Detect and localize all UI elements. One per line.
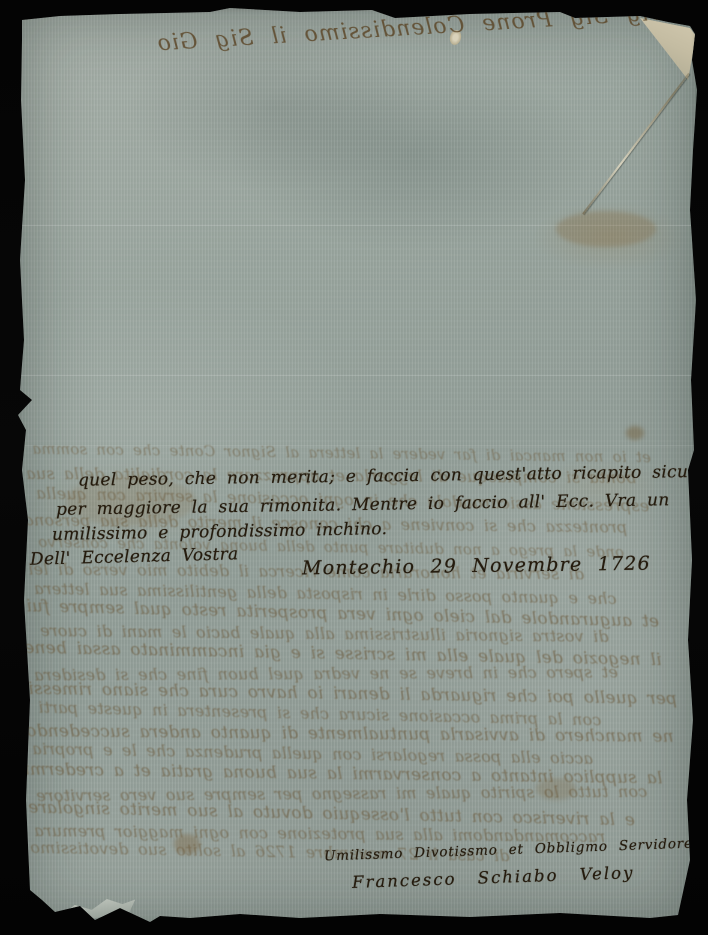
bleedthrough-line: il negozio del quale ella mi scrisse si … xyxy=(24,638,662,670)
crease-scratch-line xyxy=(582,73,690,215)
bleedthrough-line: la supplico intanto a conservarmi la sua… xyxy=(24,760,663,789)
bleedthrough-line: di vostra signoria illustrissima alla qu… xyxy=(40,621,609,646)
bleedthrough-line: di servirla et honorarla come ricerca il… xyxy=(28,560,584,584)
letter-body-line: umilissimo e profondissimo inchino. xyxy=(52,519,388,545)
stain xyxy=(174,834,200,854)
chain-line xyxy=(16,375,698,376)
bleedthrough-line: che e quanto posso dirle in risposta del… xyxy=(34,579,617,608)
bleedthrough-line: et augurandole dal cielo ogni vera prosp… xyxy=(26,596,659,631)
letter-signature: Francesco Schiabo Veloy xyxy=(352,863,635,892)
chain-line xyxy=(16,445,698,446)
bleedthrough-line: di casa li 27 novembre 1726 al solito su… xyxy=(30,838,510,865)
bleedthrough-line: per quello poi che riguarda li denari io… xyxy=(28,679,677,709)
stain xyxy=(626,426,644,440)
letter-valediction: Dell' Eccelenza Vostra xyxy=(30,544,239,569)
bleedthrough-line: prontezza che si conviene a chi conosce … xyxy=(24,510,627,536)
letter-body-line: per maggiore la sua rimonita. Mentre io … xyxy=(56,490,670,520)
manuscript-scan-background: Eminentissimo Sig Sig Prone Colendissimo… xyxy=(0,0,708,935)
bleedthrough-line: espressione assicurandola che in ogni oc… xyxy=(36,484,649,516)
folded-corner xyxy=(638,14,698,82)
letter-dateline: Montechio 29 Novembre 1726 xyxy=(302,553,651,580)
bleedthrough-line: con la prima occasione sicura che si pre… xyxy=(38,698,602,730)
bleedthrough-line: raccomandandomi alla sua protezione con … xyxy=(34,821,605,846)
bleedthrough-line: et spero che in breve se ne vedra quel b… xyxy=(34,662,618,684)
bleedthrough-line: bonta si compiacque di leggerla et appre… xyxy=(26,464,636,487)
stain xyxy=(556,211,656,247)
stain xyxy=(66,476,196,526)
bleedthrough-line: accio ella possa regolarsi con quella pr… xyxy=(32,739,593,768)
letter-closing: Umilissmo Divotissmo et Obbligmo Servido… xyxy=(324,836,693,865)
bleedthrough-line: con tutto lo spirito quale mi rassegno p… xyxy=(36,782,647,805)
paper-flaw-spot xyxy=(448,29,463,46)
chain-line xyxy=(16,225,698,226)
bleedthrough-line: e la riverisco con tutto l'ossequio dovu… xyxy=(28,798,635,831)
bleedthrough-top-line: Eminentissimo Sig Sig Prone Colendissimo… xyxy=(156,0,708,56)
letter-body-line: quel peso, che non merita; e faccia con … xyxy=(78,461,708,490)
bleedthrough-line: onde la prego a non dubitare punto della… xyxy=(38,533,624,561)
stain xyxy=(536,778,576,800)
letter-paper: Eminentissimo Sig Sig Prone Colendissimo… xyxy=(16,6,698,928)
bleedthrough-line: ne manchero di avvisarla puntualmente di… xyxy=(26,721,674,747)
bleedthrough-line: et io non mancai di far vedere la letter… xyxy=(32,440,651,467)
torn-corner-flake xyxy=(61,894,137,923)
